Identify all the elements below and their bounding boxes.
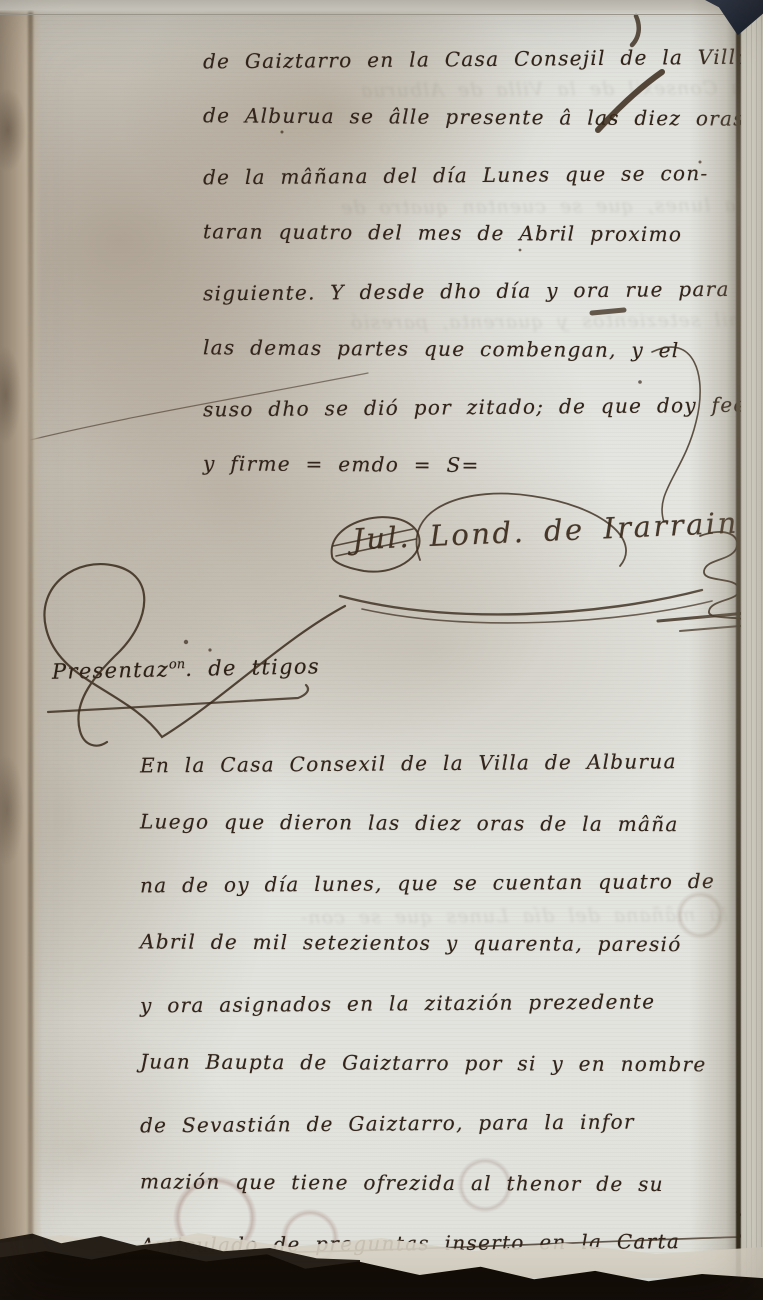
heading-main: Presentaz (52, 657, 170, 683)
binding-edge-left (0, 0, 42, 1300)
manuscript-line: Luego que dieron las diez oras de la mâñ… (140, 791, 755, 854)
right-page-curl-shadow (690, 0, 738, 1300)
manuscript-line: taran quatro del mes de Abril proximo (203, 202, 759, 263)
manuscript-line: mazión que tiene ofrezida al thenor de s… (140, 1151, 755, 1214)
manuscript-line: de la mâñana del día Lunes que se con- (203, 144, 759, 207)
manuscript-page-photo: En la Casa Consexil de la Villa de Albur… (0, 0, 763, 1300)
manuscript-line: las demas partes que combengan, y el (203, 318, 759, 379)
binding-crease (28, 0, 33, 1300)
heading-underline (48, 685, 308, 712)
adjacent-page-edge (741, 0, 763, 1300)
manuscript-paragraph-1: de Gaiztarro en la Casa Consejil de la V… (203, 30, 759, 494)
manuscript-line: de Sevastián de Gaiztarro, para la infor (140, 1091, 755, 1156)
manuscript-paragraph-2: En la Casa Consexil de la Villa de Albur… (140, 733, 755, 1273)
manuscript-line: Abril de mil setezientos y quarenta, par… (140, 911, 755, 974)
witness-presentation-heading: Presentazon. de ttigos (52, 654, 320, 684)
manuscript-line: na de oy día lunes, que se cuentan quatr… (140, 851, 755, 916)
manuscript-line: de Gaiztarro en la Casa Consejil de la V… (203, 28, 759, 91)
manuscript-line: suso dho se dió por zitado; de que doy f… (203, 376, 759, 439)
heading-rest: . de ttigos (185, 654, 320, 681)
heading-superscript: on (169, 657, 186, 672)
notary-signature: Jul. Lond. de Irarrain (351, 506, 739, 557)
manuscript-line: de Alburua se âlle presente â las diez o… (203, 86, 759, 147)
top-page-edge (0, 0, 763, 15)
manuscript-line: En la Casa Consexil de la Villa de Albur… (140, 731, 755, 796)
manuscript-line: y ora asignados en la zitazión prezedent… (140, 971, 755, 1036)
manuscript-line: siguiente. Y desde dho día y ora rue par… (203, 260, 759, 323)
manuscript-line: y firme = emdo = S= (203, 434, 759, 495)
manuscript-line: Juan Baupta de Gaiztarro por si y en nom… (140, 1031, 755, 1094)
